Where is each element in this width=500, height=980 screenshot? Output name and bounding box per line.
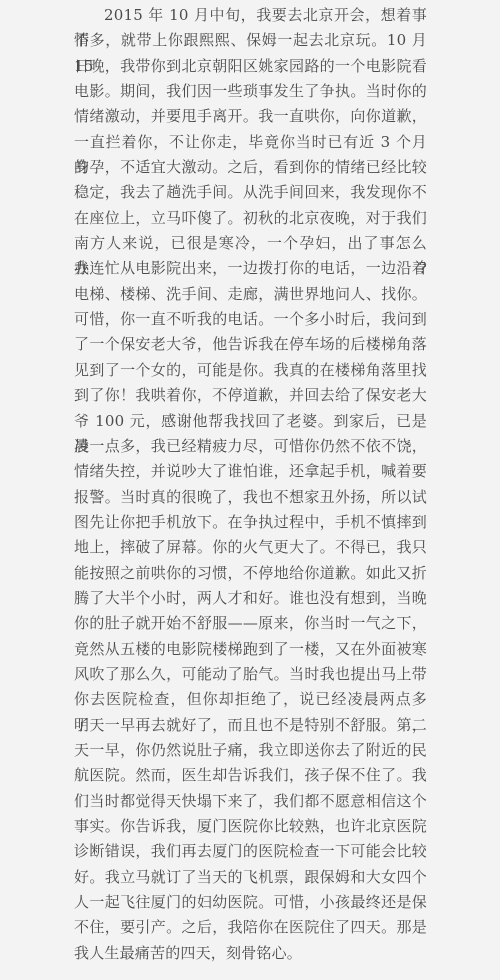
text-line: 身孕，不适宜大激动。之后，看到你的情绪已经比较 — [74, 155, 427, 180]
text-line: 到了你！我哄着你，不停道歉，并回去给了保安老大 — [74, 383, 427, 408]
text-line: 诊断错误，我们再去厦门的医院检查一下可能会比较 — [74, 839, 427, 864]
text-line: 天一早，你仍然说肚子痛，我立即送你去了附近的民 — [74, 738, 427, 763]
text-line: 不住，要引产。之后，我陪你在医院住了四天。那是 — [74, 915, 427, 940]
text-line: 竟然从五楼的电影院楼梯跑到了一楼，又在外面被寒 — [74, 637, 427, 662]
text-line: 腾了大半个小时，两人才和好。谁也没有想到，当晚 — [74, 586, 427, 611]
text-line: 风吹了那么久，可能动了胎气。当时我也提出马上带 — [74, 662, 427, 687]
text-line: 在座位上，立马吓傻了。初秋的北京夜晚，对于我们 — [74, 206, 427, 231]
text-line: 明天一早再去就好了，而且也不是特别不舒服。第二 — [74, 713, 427, 738]
text-line: 事实。你告诉我，厦门医院你比较熟，也许北京医院 — [74, 814, 427, 839]
text-line: 晨一点多，我已经精疲力尽，可惜你仍然不依不饶， — [74, 434, 427, 459]
text-line: 我人生最痛苦的四天，刻骨铭心。 — [74, 941, 427, 966]
text-line: 稳定，我去了趟洗手间。从洗手间回来，我发现你不 — [74, 180, 427, 205]
text-line: 地上，摔破了屏幕。你的火气更大了。不得已，我只 — [74, 535, 427, 560]
text-line: 我连忙从电影院出来，一边拨打你的电话，一边沿着 — [74, 256, 427, 281]
text-line: 情绪激动，并要甩手离开。我一直哄你，向你道歉， — [74, 104, 427, 129]
text-line: 见到了一个女的，可能是你。我真的在楼梯角落里找 — [74, 358, 427, 383]
text-line: 电梯、楼梯、洗手间、走廊，满世界地问人、找你。 — [74, 282, 427, 307]
text-line: 人一起飞往厦门的妇幼医院。可惜，小孩最终还是保 — [74, 890, 427, 915]
text-line: 好。我立马就订了当天的飞机票，跟保姆和大女四个 — [74, 865, 427, 890]
text-line: 可惜，你一直不听我的电话。一个多小时后，我问到 — [74, 307, 427, 332]
text-line: 不多，就带上你跟熙熙、保姆一起去北京玩。10 月 15 — [74, 28, 427, 53]
text-line: 报警。当时真的很晚了，我也不想家丑外扬，所以试 — [74, 485, 427, 510]
text-line: 爷 100 元，感谢他帮我找回了老婆。到家后，已是凌 — [74, 409, 427, 434]
memoir-paragraph: 2015 年 10 月中旬，我要去北京开会，想着事情不多，就带上你跟熙熙、保姆一… — [74, 3, 427, 966]
text-line: 一直拦着你，不让你走，毕竟你当时已有近 3 个月的 — [74, 130, 427, 155]
text-line: 电影。期间，我们因一些琐事发生了争执。当时你的 — [74, 79, 427, 104]
text-line: 们当时都觉得天快塌下来了，我们都不愿意相信这个 — [74, 789, 427, 814]
text-line: 南方人来说，已很是寒冷，一个孕妇，出了事怎么办? — [74, 231, 427, 256]
text-line: 图先让你把手机放下。在争执过程中，手机不慎摔到 — [74, 510, 427, 535]
text-line: 能按照之前哄你的习惯，不停地给你道歉。如此又折 — [74, 561, 427, 586]
text-line: 日晚，我带你到北京朝阳区姚家园路的一个电影院看 — [74, 54, 427, 79]
text-line: 航医院。然而，医生却告诉我们，孩子保不住了。我 — [74, 763, 427, 788]
text-line: 了一个保安老大爷，他告诉我在停车场的后楼梯角落 — [74, 332, 427, 357]
text-line: 情绪失控，并说吵大了谁怕谁，还拿起手机，喊着要 — [74, 459, 427, 484]
text-line: 你的肚子就开始不舒服——原来，你当时一气之下， — [74, 611, 427, 636]
text-line: 你去医院检查，但你却拒绝了，说已经凌晨两点多了， — [74, 687, 427, 712]
text-line: 2015 年 10 月中旬，我要去北京开会，想着事情 — [74, 3, 427, 28]
